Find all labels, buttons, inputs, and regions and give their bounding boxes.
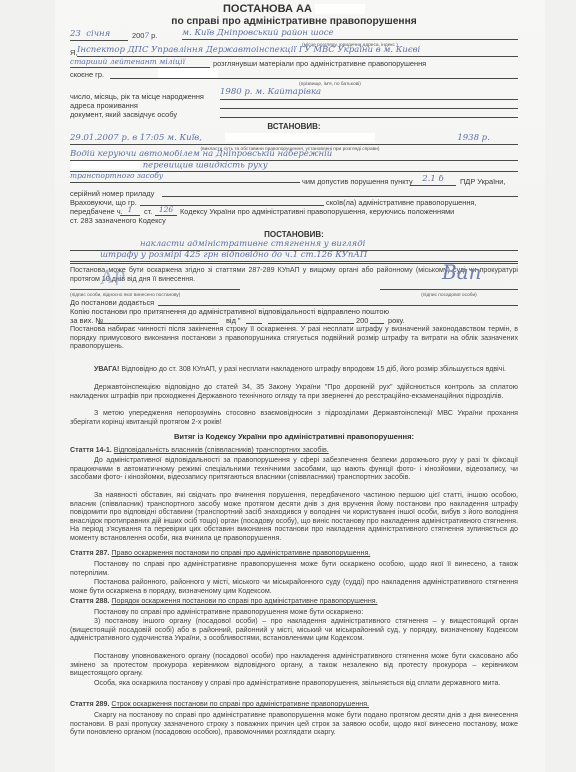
violation-point: 2.1 б: [410, 175, 456, 186]
article-288-paragraph-3: Постанову уповноваженого органу (посадов…: [70, 652, 518, 678]
from-month-field: [268, 315, 354, 324]
violation-suffix: ПДР України,: [460, 177, 505, 186]
document-title: ПОСТАНОВА АА: [70, 4, 518, 14]
resolved-line-1: накласти адміністративне стягнення у виг…: [70, 240, 518, 251]
article-14-1-heading: Стаття 14-1. Відповідальність власників …: [70, 446, 329, 455]
article-number: 126: [155, 205, 177, 216]
article-288-paragraph-2: 3) постанову іншого органу (посадової ос…: [70, 617, 518, 643]
person-signature-line: [70, 287, 240, 290]
device-field: [162, 188, 518, 197]
inspector-rank: старший лейтенант міліції: [70, 57, 210, 68]
established-line-2: Водій керуючи автомобілем на Дніпровські…: [70, 150, 518, 161]
committed-label: скоєне гр.: [70, 70, 104, 79]
established-heading: ВСТАНОВИВ:: [70, 122, 518, 131]
article-287-paragraph-2: Постанова районного, районного у місті, …: [70, 578, 518, 595]
document-subtitle: по справі про адміністративне правопоруш…: [70, 17, 518, 26]
extract-heading: Витяг із Кодексу України про адміністрат…: [70, 432, 518, 441]
official-signature-line: [380, 287, 518, 290]
article-288-paragraph-4: Особа, яка оскаржила постанову у справі …: [70, 679, 518, 688]
birth-label: число, місяць, рік та місце народження: [70, 92, 204, 101]
article-287-heading: Стаття 287. Право оскарження постанови п…: [70, 549, 370, 558]
provided-text: Кодексу України про адміністративні прав…: [180, 207, 454, 216]
resolved-heading: ПОСТАНОВИВ:: [70, 230, 518, 239]
id-document-field: [220, 109, 518, 118]
effect-text: Постанова набирає чинності після закінче…: [70, 325, 518, 351]
redacted-number: [315, 4, 365, 14]
article-289-paragraph-1: Скаргу на постанову по справі про адміні…: [70, 711, 518, 737]
established-line-5: [70, 178, 300, 183]
established-line-1: 29.01.2007 р. в 17:05 м. Київ, 1938 р.: [70, 133, 518, 145]
provided-prefix: передбачене ч.: [70, 207, 123, 216]
violation-label: чим допустив порушення пункту: [302, 177, 413, 186]
attached-label: До постанови додається: [70, 298, 154, 307]
inspector-name: Інспектор ДПС Управління Державтоінспекц…: [77, 46, 518, 57]
year-field: [370, 315, 384, 324]
address-label: адреса проживання: [70, 101, 138, 110]
control-notice: Державтоінспекцією відповідно до статей …: [70, 383, 518, 400]
article-288-heading: Стаття 288. Порядок оскарження постанови…: [70, 597, 378, 606]
part-number: 1: [120, 205, 140, 216]
article-288-paragraph-1: Постанову по справі про адміністративне …: [70, 608, 518, 617]
year-label: року.: [388, 316, 405, 325]
provided-text-2: ст. 283 зазначеного Кодексу: [70, 216, 166, 225]
article-label: ст.: [144, 207, 152, 216]
article-14-1-paragraph-1: До адміністративної відповідальності за …: [70, 456, 518, 482]
person-signature: Ар: [99, 270, 125, 283]
official-signature: Вап: [442, 268, 482, 277]
date-year: 2007 р.: [132, 31, 157, 40]
attached-field: [158, 297, 518, 306]
warning-notice: УВАГА! Відповідно до ст. 308 КУпАП, у ра…: [70, 365, 518, 374]
article-14-1-paragraph-2: За наявності обставин, які свідчать про …: [70, 491, 518, 543]
keep-receipts-notice: З метою упередження непорозумінь стосовн…: [70, 409, 518, 426]
from-label: від ": [226, 316, 241, 325]
reviewed-text: розглянувши матеріали про адміністративн…: [213, 59, 426, 68]
id-document-label: документ, який засвідчує особу: [70, 110, 177, 119]
review-place: м. Київ Дніпровський район шосе: [182, 29, 518, 40]
redacted-name: [158, 68, 218, 78]
birth-field: 1980 р. м. Кайтарівка: [220, 88, 518, 100]
outgoing-number-field: [98, 315, 218, 324]
address-field: [220, 100, 518, 109]
article-289-heading: Стаття 289. Строк оскарження постанови п…: [70, 700, 369, 709]
year-prefix: 200: [356, 316, 368, 325]
article-287-paragraph-1: Постанову по справі про адміністративне …: [70, 560, 518, 577]
date-day-month: 23 січня: [70, 30, 128, 41]
from-day-field: [246, 315, 262, 324]
committed-suffix: скоїв(ла) адміністративне правопорушення…: [326, 198, 476, 207]
